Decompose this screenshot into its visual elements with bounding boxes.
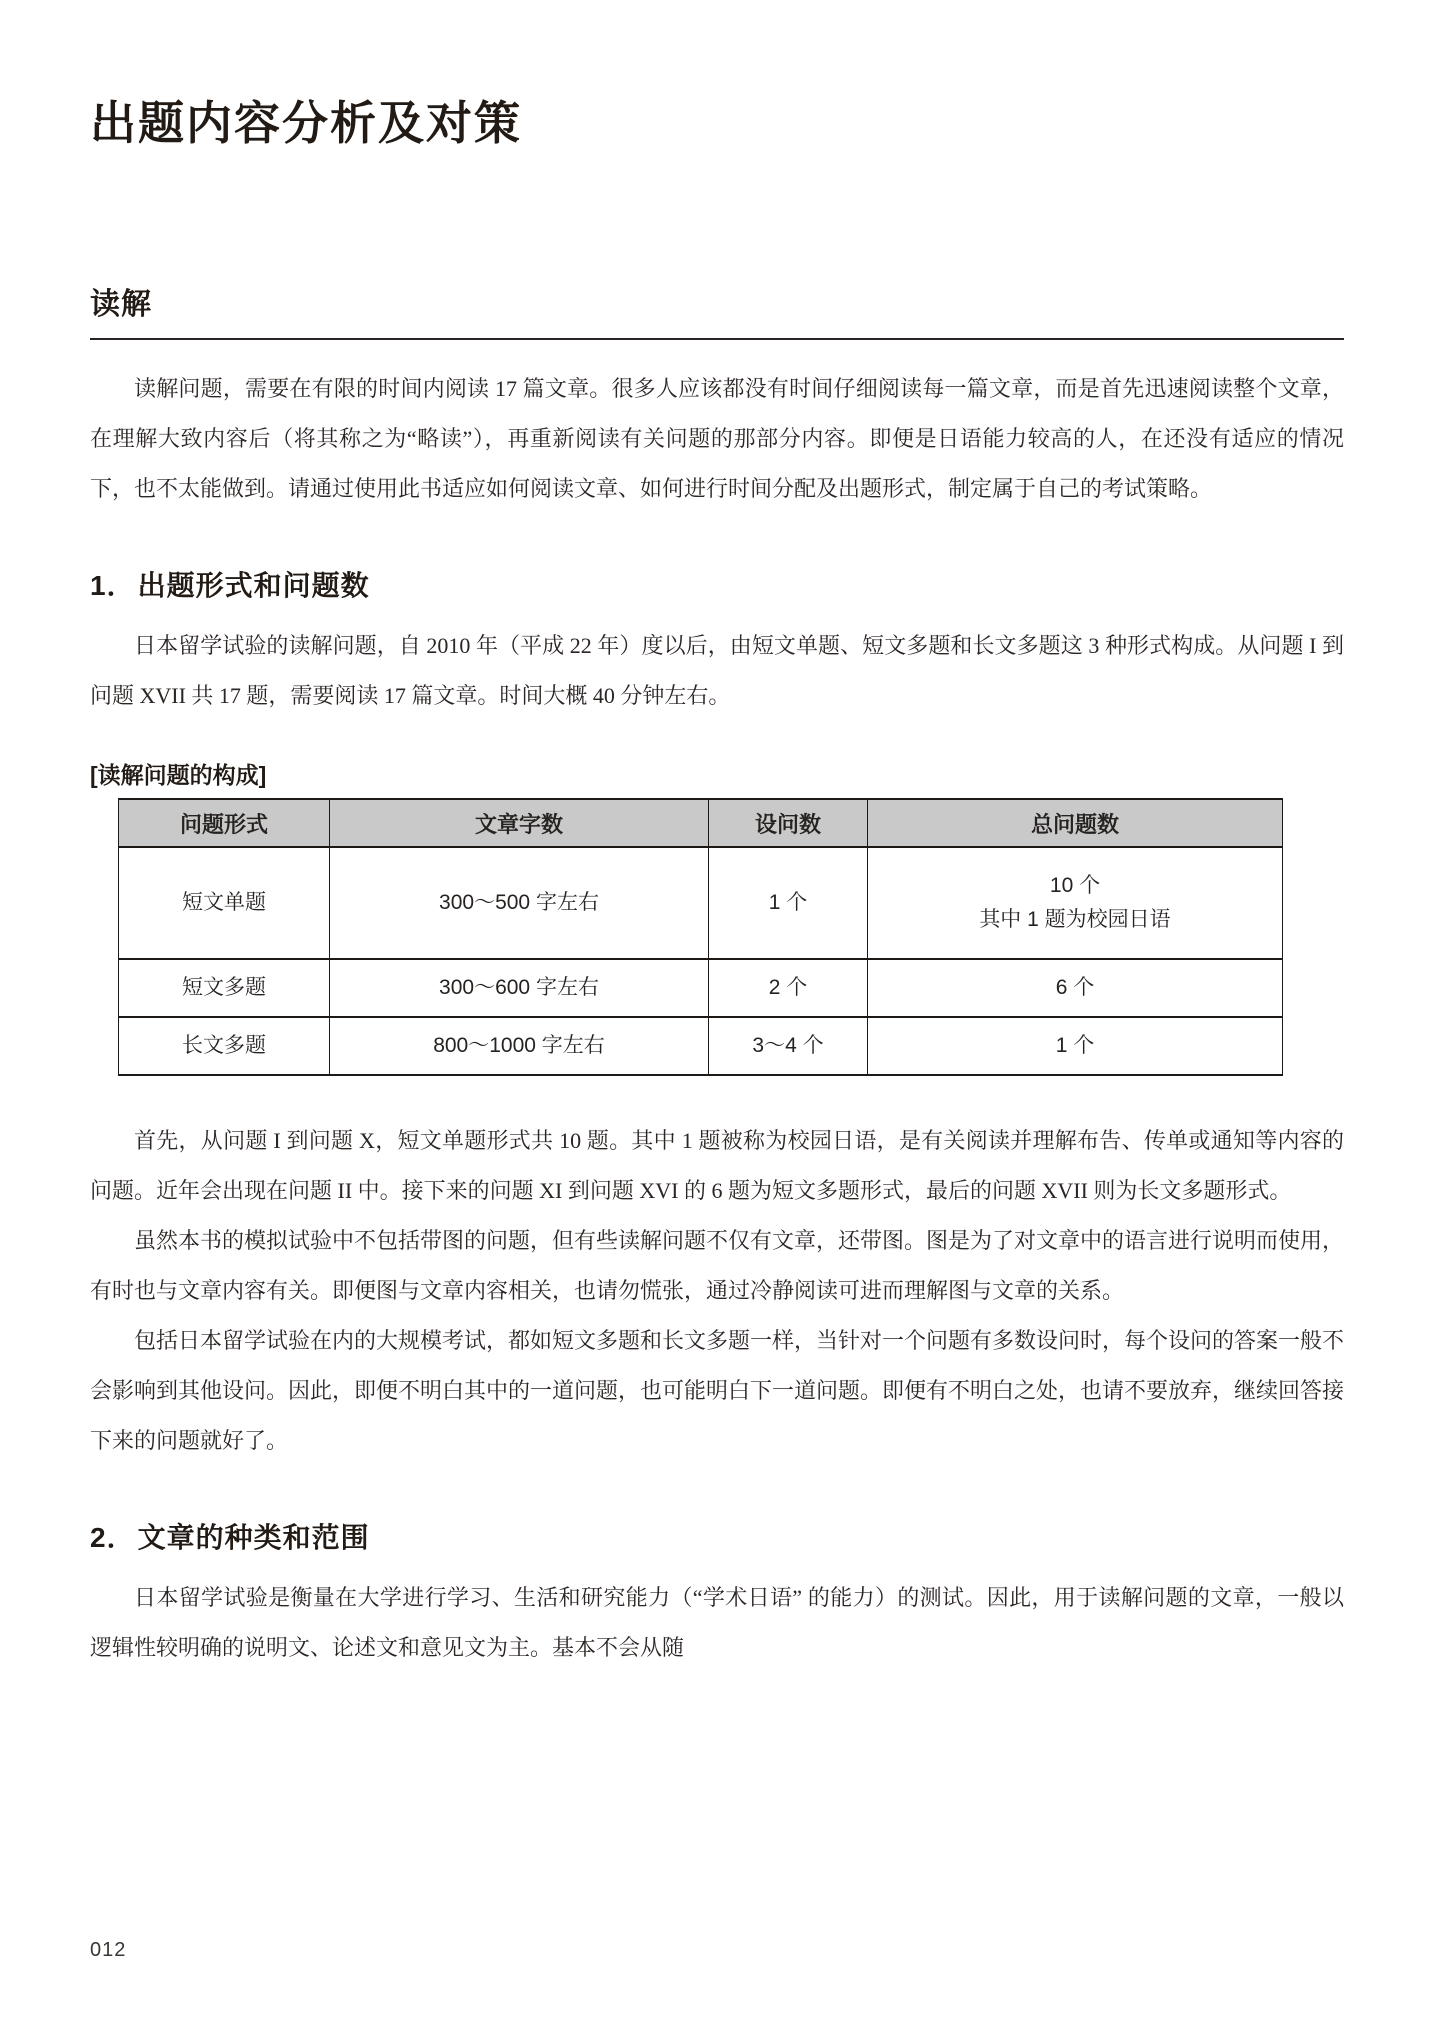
section-heading-divider: 读解 (90, 287, 1344, 340)
cell-chars: 300～500 字左右 (330, 847, 709, 959)
table-row: 短文单题 300～500 字左右 1 个 10 个 其中 1 题为校园日语 (119, 847, 1283, 959)
section-heading: 读解 (90, 287, 1344, 323)
cell-questions: 3～4 个 (709, 1017, 868, 1075)
cell-form: 短文单题 (119, 847, 330, 959)
reading-structure-table: 问题形式 文章字数 设问数 总问题数 短文单题 300～500 字左右 1 个 … (118, 798, 1283, 1076)
table-header-row: 问题形式 文章字数 设问数 总问题数 (119, 799, 1283, 847)
intro-paragraph: 读解问题，需要在有限的时间内阅读 17 篇文章。很多人应该都没有时间仔细阅读每一… (90, 364, 1344, 514)
document-page: 出题内容分析及对策 读解 读解问题，需要在有限的时间内阅读 17 篇文章。很多人… (0, 0, 1434, 2032)
cell-form: 短文多题 (119, 959, 330, 1017)
subsection-2-title: 文章的种类和范围 (138, 1522, 370, 1553)
header-question-form: 问题形式 (119, 799, 330, 847)
paragraph-multi-questions: 包括日本留学试验在内的大规模考试，都如短文多题和长文多题一样，当针对一个问题有多… (90, 1316, 1344, 1466)
page-title: 出题内容分析及对策 (90, 0, 1344, 151)
cell-chars: 800～1000 字左右 (330, 1017, 709, 1075)
table-row: 长文多题 800～1000 字左右 3～4 个 1 个 (119, 1017, 1283, 1075)
cell-total-line1: 10 个 (874, 869, 1276, 903)
table-label: [读解问题的构成] (90, 761, 1344, 791)
subsection-2-paragraph: 日本留学试验是衡量在大学进行学习、生活和研究能力（“学术日语” 的能力）的测试。… (90, 1573, 1344, 1673)
discussion-paragraphs: 首先，从问题 I 到问题 X，短文单题形式共 10 题。其中 1 题被称为校园日… (90, 1116, 1344, 1466)
cell-form: 长文多题 (119, 1017, 330, 1075)
table-row: 短文多题 300～600 字左右 2 个 6 个 (119, 959, 1283, 1017)
subsection-1-paragraph: 日本留学试验的读解问题，自 2010 年（平成 22 年）度以后，由短文单题、短… (90, 621, 1344, 721)
subsection-1-title: 出题形式和问题数 (138, 570, 370, 601)
paragraph-question-types: 首先，从问题 I 到问题 X，短文单题形式共 10 题。其中 1 题被称为校园日… (90, 1116, 1344, 1216)
header-num-questions: 设问数 (709, 799, 868, 847)
cell-questions: 2 个 (709, 959, 868, 1017)
subsection-2-number: 2． (90, 1522, 136, 1553)
subsection-1-number: 1． (90, 570, 136, 601)
header-char-count: 文章字数 (330, 799, 709, 847)
page-number: 012 (90, 1939, 126, 1962)
cell-chars: 300～600 字左右 (330, 959, 709, 1017)
subsection-2-heading: 2．文章的种类和范围 (90, 1520, 1344, 1556)
cell-total: 6 个 (868, 959, 1283, 1017)
cell-questions: 1 个 (709, 847, 868, 959)
subsection-1-heading: 1．出题形式和问题数 (90, 568, 1344, 604)
cell-total-line2: 其中 1 题为校园日语 (874, 903, 1276, 937)
paragraph-figures: 虽然本书的模拟试验中不包括带图的问题，但有些读解问题不仅有文章，还带图。图是为了… (90, 1216, 1344, 1316)
header-total-questions: 总问题数 (868, 799, 1283, 847)
cell-total: 1 个 (868, 1017, 1283, 1075)
cell-total: 10 个 其中 1 题为校园日语 (868, 847, 1283, 959)
